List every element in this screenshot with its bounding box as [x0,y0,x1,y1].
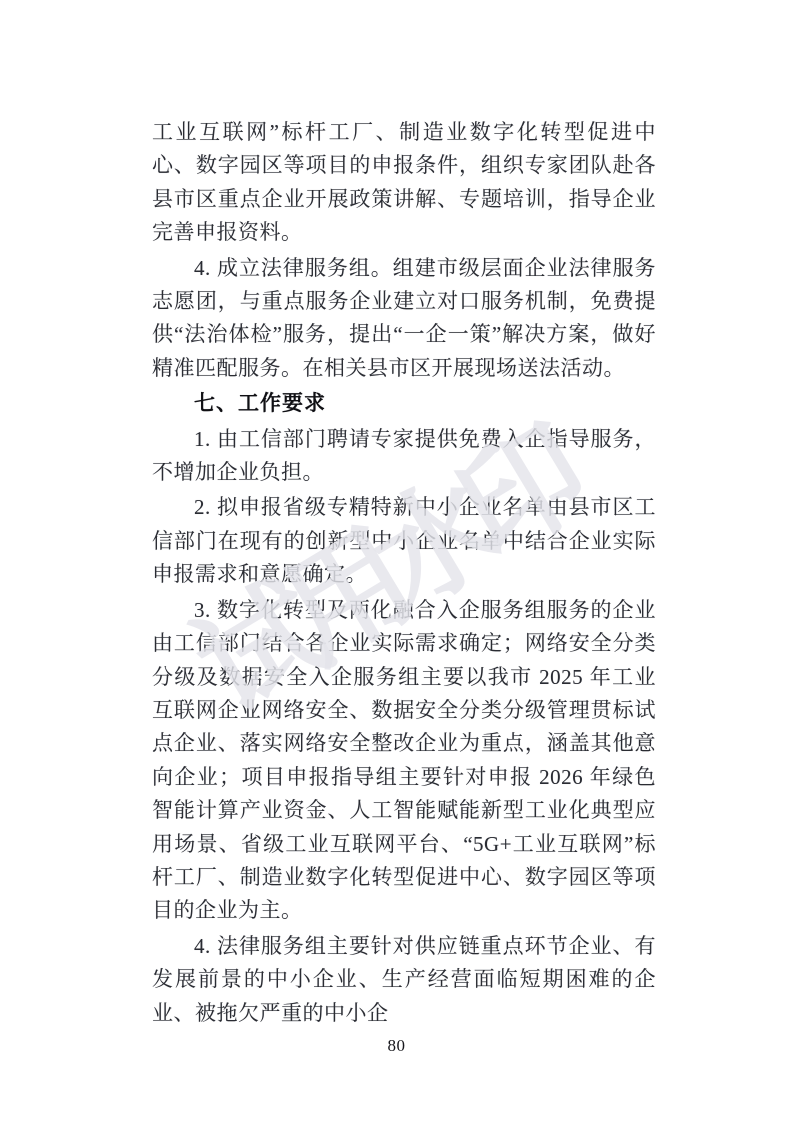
page-number: 80 [0,1036,793,1056]
paragraph-requirement-3: 3. 数字化转型及两化融合入企服务组服务的企业由工信部门结合各企业实际需求确定；… [152,594,656,928]
section-heading-work-requirements: 七、工作要求 [152,387,656,420]
paragraph-requirement-2: 2. 拟申报省级专精特新中小企业名单由县市区工信部门在现有的创新型中小企业名单中… [152,491,656,591]
paragraph-requirement-4: 4. 法律服务组主要针对供应链重点环节企业、有发展前景的中小企业、生产经营面临短… [152,930,656,1030]
paragraph-legal-service-group: 4. 成立法律服务组。组建市级层面企业法律服务志愿团，与重点服务企业建立对口服务… [152,252,656,386]
paragraph-project-application-continuation: 工业互联网”标杆工厂、制造业数字化转型促进中心、数字园区等项目的申报条件，组织专… [152,116,656,250]
paragraph-requirement-1: 1. 由工信部门聘请专家提供免费入企指导服务，不增加企业负担。 [152,423,656,490]
document-page: 工业互联网”标杆工厂、制造业数字化转型促进中心、数字园区等项目的申报条件，组织专… [0,0,793,1122]
document-body: 工业互联网”标杆工厂、制造业数字化转型促进中心、数字园区等项目的申报条件，组织专… [152,116,656,1032]
